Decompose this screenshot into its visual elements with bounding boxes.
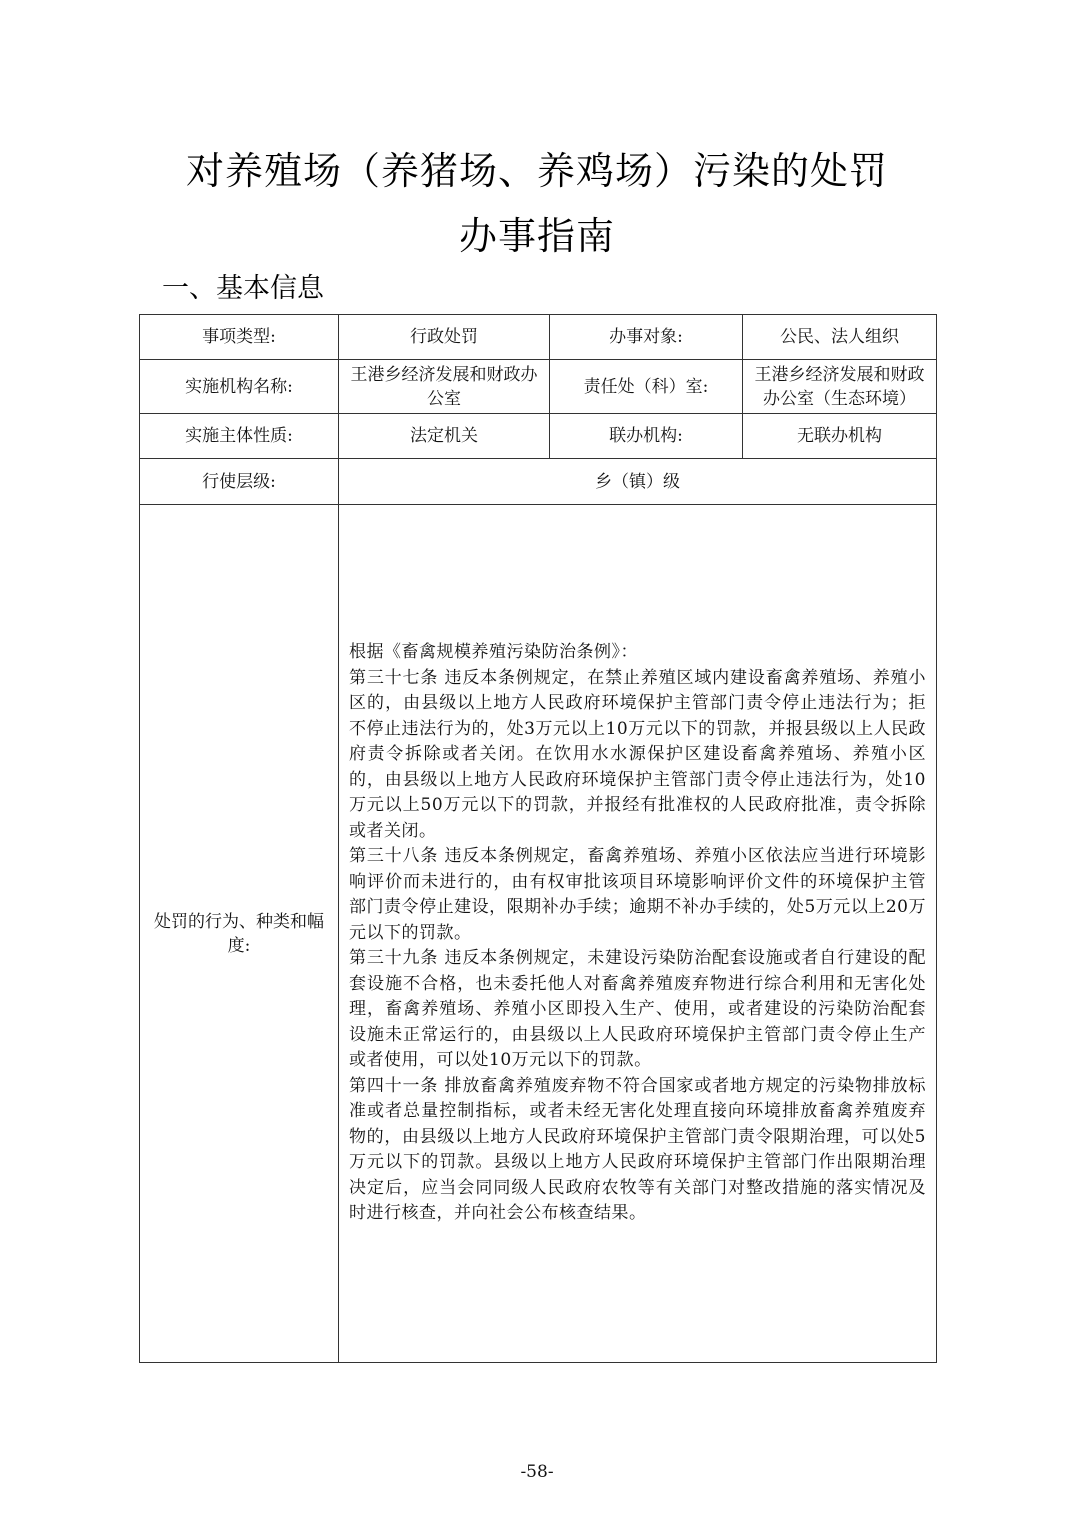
table-row: 实施机构名称: 王港乡经济发展和财政办公室 责任处（科）室: 王港乡经济发展和财… xyxy=(140,360,937,414)
value-entity-nature: 法定机关 xyxy=(339,414,550,459)
basic-info-table: 事项类型: 行政处罚 办事对象: 公民、法人组织 实施机构名称: 王港乡经济发展… xyxy=(139,314,937,1363)
label-exercise-level: 行使层级: xyxy=(140,459,339,505)
value-agency-name: 王港乡经济发展和财政办公室 xyxy=(339,360,550,414)
value-joint-agency: 无联办机构 xyxy=(743,414,937,459)
section-heading: 一、基本信息 xyxy=(162,266,324,305)
penalty-paragraph: 第三十八条 违反本条例规定，畜禽养殖场、养殖小区依法应当进行环境影响评价而未进行… xyxy=(349,844,926,946)
label-joint-agency: 联办机构: xyxy=(550,414,743,459)
table-row: 实施主体性质: 法定机关 联办机构: 无联办机构 xyxy=(140,414,937,459)
label-entity-nature: 实施主体性质: xyxy=(140,414,339,459)
table-row: 处罚的行为、种类和幅度: 根据《畜禽规模养殖污染防治条例》： 第三十七条 违反本… xyxy=(140,505,937,1363)
penalty-paragraph: 根据《畜禽规模养殖污染防治条例》： xyxy=(349,640,926,666)
label-agency-name: 实施机构名称: xyxy=(140,360,339,414)
value-exercise-level: 乡（镇）级 xyxy=(339,459,937,505)
page-number: -58- xyxy=(0,1462,1074,1482)
document-title: 对养殖场（养猪场、养鸡场）污染的处罚 xyxy=(0,140,1074,195)
penalty-paragraph: 第三十七条 违反本条例规定，在禁止养殖区域内建设畜禽养殖场、养殖小区的，由县级以… xyxy=(349,666,926,845)
penalty-scope-content: 根据《畜禽规模养殖污染防治条例》： 第三十七条 违反本条例规定，在禁止养殖区域内… xyxy=(339,505,937,1363)
value-responsible-office: 王港乡经济发展和财政办公室（生态环境） xyxy=(743,360,937,414)
label-item-type: 事项类型: xyxy=(140,315,339,360)
table-row: 行使层级: 乡（镇）级 xyxy=(140,459,937,505)
penalty-paragraph: 第三十九条 违反本条例规定，未建设污染防治配套设施或者自行建设的配套设施不合格，… xyxy=(349,946,926,1074)
label-penalty-scope: 处罚的行为、种类和幅度: xyxy=(140,505,339,1363)
penalty-paragraph: 第四十一条 排放畜禽养殖废弃物不符合国家或者地方规定的污染物排放标准或者总量控制… xyxy=(349,1074,926,1227)
value-item-type: 行政处罚 xyxy=(339,315,550,360)
label-service-target: 办事对象: xyxy=(550,315,743,360)
document-subtitle: 办事指南 xyxy=(0,205,1074,260)
value-service-target: 公民、法人组织 xyxy=(743,315,937,360)
label-responsible-office: 责任处（科）室: xyxy=(550,360,743,414)
table-row: 事项类型: 行政处罚 办事对象: 公民、法人组织 xyxy=(140,315,937,360)
